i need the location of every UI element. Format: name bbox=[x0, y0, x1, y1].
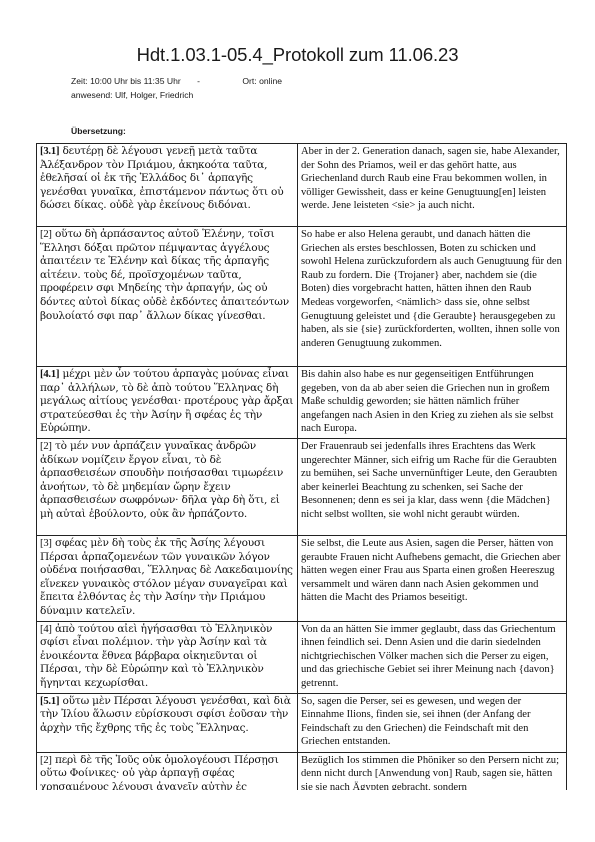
page-bottom-margin bbox=[0, 790, 595, 842]
greek-text: οὕτω δὴ ἁρπάσαντος αὐτοῦ Ἑλένην, τοῖσι Ἕ… bbox=[40, 228, 289, 322]
table-row: [5.1] οὕτω μὲν Πέρσαι λέγουσι γενέσθαι, … bbox=[37, 693, 567, 752]
german-cell: Aber in der 2. Generation danach, sagen … bbox=[298, 144, 567, 227]
section-ref: [3.1] bbox=[40, 146, 59, 157]
greek-text: τὸ μέν νυν ἁρπάζειν γυναῖκας ἀνδρῶν ἀδίκ… bbox=[40, 440, 283, 520]
section-ref: [5.1] bbox=[40, 696, 59, 707]
translation-table: [3.1] δευτέρῃ δὲ λέγουσι γενεῇ μετὰ ταῦτ… bbox=[36, 143, 567, 813]
german-cell: So, sagen die Perser, sei es gewesen, un… bbox=[298, 693, 567, 752]
greek-text: οὕτω μὲν Πέρσαι λέγουσι γενέσθαι, καὶ δι… bbox=[40, 695, 291, 734]
time-line: Zeit: 10:00 Uhr bis 11:35 Uhr - Ort: onl… bbox=[71, 76, 282, 86]
zeit-value: 10:00 Uhr bis 11:35 Uhr bbox=[90, 76, 181, 86]
section-heading: Übersetzung: bbox=[71, 126, 126, 136]
greek-cell: [4] ἀπὸ τούτου αἰεὶ ἡγήσασθαι τὸ Ἑλληνικ… bbox=[37, 621, 298, 693]
greek-text: ἀπὸ τούτου αἰεὶ ἡγήσασθαι τὸ Ἑλληνικὸν σ… bbox=[40, 623, 272, 689]
separator: - bbox=[197, 76, 200, 86]
table-row: [3.1] δευτέρῃ δὲ λέγουσι γενεῇ μετὰ ταῦτ… bbox=[37, 144, 567, 227]
section-ref: [2] bbox=[40, 441, 52, 452]
german-cell: Der Frauenraub sei jedenfalls ihres Erac… bbox=[298, 438, 567, 535]
section-ref: [4.1] bbox=[40, 369, 59, 380]
anwesend-value: Ulf, Holger, Friedrich bbox=[115, 90, 193, 100]
greek-cell: [4.1] μέχρι μὲν ὦν τούτου ἁρπαγὰς μούνας… bbox=[37, 367, 298, 439]
table-row: [4] ἀπὸ τούτου αἰεὶ ἡγήσασθαι τὸ Ἑλληνικ… bbox=[37, 621, 567, 693]
german-cell: Bis dahin also habe es nur gegenseitigen… bbox=[298, 367, 567, 439]
page-title: Hdt.1.03.1-05.4_Protokoll zum 11.06.23 bbox=[0, 44, 595, 66]
greek-cell: [3.1] δευτέρῃ δὲ λέγουσι γενεῇ μετὰ ταῦτ… bbox=[37, 144, 298, 227]
greek-cell: [3] σφέας μὲν δὴ τοὺς ἐκ τῆς Ἀσίης λέγου… bbox=[37, 535, 298, 621]
greek-text: σφέας μὲν δὴ τοὺς ἐκ τῆς Ἀσίης λέγουσι Π… bbox=[40, 537, 293, 617]
attendees-line: anwesend: Ulf, Holger, Friedrich bbox=[71, 90, 193, 100]
table-row: [2] τὸ μέν νυν ἁρπάζειν γυναῖκας ἀνδρῶν … bbox=[37, 438, 567, 535]
table-row: [2] οὕτω δὴ ἁρπάσαντος αὐτοῦ Ἑλένην, τοῖ… bbox=[37, 227, 567, 367]
ort-label: Ort: bbox=[242, 76, 256, 86]
greek-cell: [2] τὸ μέν νυν ἁρπάζειν γυναῖκας ἀνδρῶν … bbox=[37, 438, 298, 535]
german-cell: Von da an hätten Sie immer geglaubt, das… bbox=[298, 621, 567, 693]
greek-cell: [2] οὕτω δὴ ἁρπάσαντος αὐτοῦ Ἑλένην, τοῖ… bbox=[37, 227, 298, 367]
greek-text: δευτέρῃ δὲ λέγουσι γενεῇ μετὰ ταῦτα Ἀλέξ… bbox=[40, 145, 283, 211]
table-row: [4.1] μέχρι μὲν ὦν τούτου ἁρπαγὰς μούνας… bbox=[37, 367, 567, 439]
zeit-label: Zeit: bbox=[71, 76, 88, 86]
table-row: [3] σφέας μὲν δὴ τοὺς ἐκ τῆς Ἀσίης λέγου… bbox=[37, 535, 567, 621]
german-cell: So habe er also Helena geraubt, und dana… bbox=[298, 227, 567, 367]
section-ref: [2] bbox=[40, 229, 52, 240]
section-ref: [2] bbox=[40, 755, 52, 766]
anwesend-label: anwesend: bbox=[71, 90, 113, 100]
greek-text: μέχρι μὲν ὦν τούτου ἁρπαγὰς μούνας εἶναι… bbox=[40, 368, 293, 434]
ort-value: online bbox=[259, 76, 282, 86]
section-ref: [3] bbox=[40, 538, 52, 549]
german-cell: Sie selbst, die Leute aus Asien, sagen d… bbox=[298, 535, 567, 621]
section-ref: [4] bbox=[40, 624, 52, 635]
greek-cell: [5.1] οὕτω μὲν Πέρσαι λέγουσι γενέσθαι, … bbox=[37, 693, 298, 752]
